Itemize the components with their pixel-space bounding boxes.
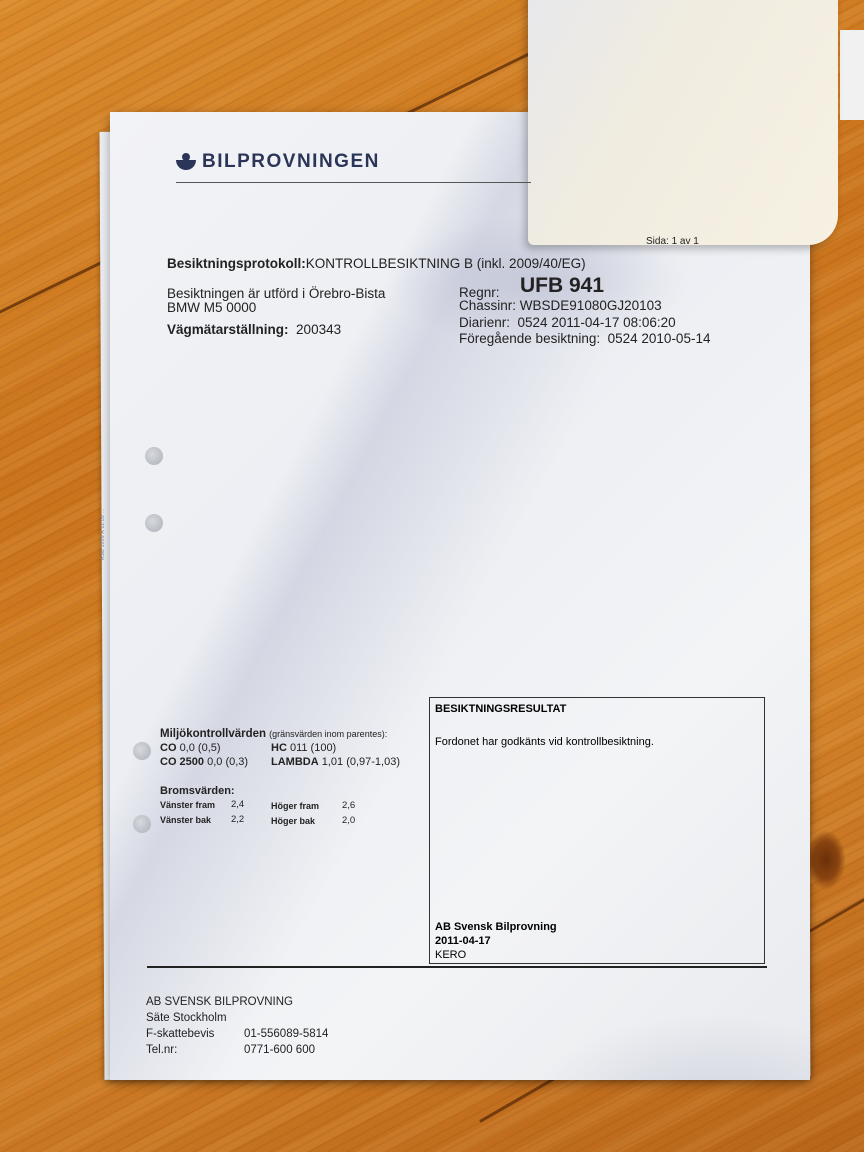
result-title: BESIKTNINGSRESULTAT [435,703,566,715]
brake-label: Vänster fram [160,800,215,810]
brake-value: 2,4 [231,799,244,810]
wood-knot [806,830,846,890]
odometer-value: 200343 [296,322,341,337]
vehicle-model: BMW M5 0000 [167,300,256,315]
result-text: Fordonet har godkänts vid kontrollbesikt… [435,736,654,748]
result-signature: AB Svensk Bilprovning 2011-04-17 KERO [435,920,557,962]
punch-hole [133,742,151,760]
brake-values-heading: Bromsvärden: [160,785,235,797]
footer-tax: F-skattebevis01-556089-5814 [146,1026,328,1042]
logo-text: BILPROVNINGEN [202,151,380,173]
emission-hc: HC 011 (100) [271,742,336,754]
brake-label: Vänster bak [160,815,211,825]
form-code: ASB 1009 A 11.09 ... [100,508,106,560]
regnr-value: UFB 941 [520,274,604,298]
protocol-type: KONTROLLBESIKTNING B (inkl. 2009/40/EG) [306,256,586,271]
punch-hole [133,815,151,833]
emission-co: CO 0,0 (0,5) [160,742,221,754]
curled-receipt [528,0,838,245]
punch-hole [145,514,163,532]
footer-company: AB SVENSK BILPROVNING [146,994,328,1010]
footer-divider [147,966,767,968]
inspection-result-box: BESIKTNINGSRESULTAT Fordonet har godkänt… [429,697,765,964]
page-indicator: Sida: 1 av 1 [646,236,699,247]
punch-hole [145,447,163,465]
paper-strip [840,30,864,120]
footer-phone: Tel.nr:0771-600 600 [146,1042,328,1058]
emission-values: Miljökontrollvärden (gränsvärden inom pa… [160,727,387,741]
protocol-label: Besiktningsprotokoll: [167,256,306,271]
emission-co2500: CO 2500 0,0 (0,3) [160,756,248,768]
header-divider [176,182,531,183]
brake-label: Höger bak [271,816,315,826]
chassis-number: Chassinr: WBSDE91080GJ20103 [459,298,662,313]
brake-value: 2,6 [342,800,355,811]
protocol-title: Besiktningsprotokoll:KONTROLLBESIKTNING … [167,256,586,271]
previous-inspection: Föregående besiktning: 0524 2010-05-14 [459,331,710,346]
bilprovningen-logo: BILPROVNINGEN [176,151,380,173]
brake-value: 2,2 [231,814,244,825]
footer-seat: Säte Stockholm [146,1010,328,1026]
odometer-label: Vägmätarställning: [167,322,289,337]
brake-label: Höger fram [271,801,319,811]
brake-value: 2,0 [342,815,355,826]
diarienr: Diarienr: 0524 2011-04-17 08:06:20 [459,315,676,330]
emission-lambda: LAMBDA 1,01 (0,97-1,03) [271,756,400,768]
odometer: Vägmätarställning: 200343 [167,322,341,337]
person-bowl-icon [176,153,196,171]
company-footer: AB SVENSK BILPROVNING Säte Stockholm F-s… [146,994,328,1058]
inspection-location: Besiktningen är utförd i Örebro-Bista [167,286,385,301]
